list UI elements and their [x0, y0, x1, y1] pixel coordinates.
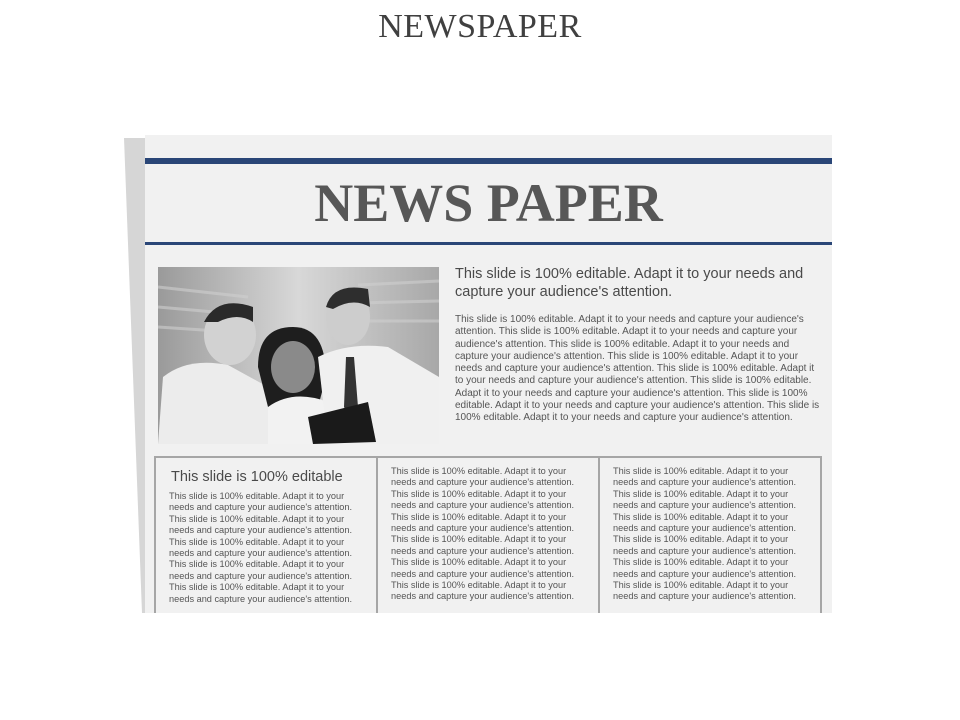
column-headline: This slide is 100% editable [171, 468, 376, 486]
article-columns: This slide is 100% editable This slide i… [154, 456, 822, 613]
newspaper-masthead: NEWS PAPER [145, 171, 832, 235]
article-column-1: This slide is 100% editable This slide i… [156, 458, 376, 613]
lead-photo [158, 267, 439, 444]
article-column-2: This slide is 100% editable. Adapt it to… [376, 458, 598, 613]
business-people-photo-icon [158, 267, 439, 444]
article-column-3: This slide is 100% editable. Adapt it to… [598, 458, 820, 613]
slide-title: NEWSPAPER [0, 8, 960, 46]
masthead-rule-bottom [145, 242, 832, 245]
lead-body-text: This slide is 100% editable. Adapt it to… [455, 314, 825, 425]
column-body-text: This slide is 100% editable. Adapt it to… [613, 466, 809, 603]
column-body-text: This slide is 100% editable. Adapt it to… [391, 466, 587, 603]
lead-headline: This slide is 100% editable. Adapt it to… [455, 265, 825, 301]
newspaper-page: NEWS PAPER [145, 135, 832, 613]
column-body-text: This slide is 100% editable. Adapt it to… [169, 491, 359, 605]
masthead-rule-top [145, 158, 832, 164]
